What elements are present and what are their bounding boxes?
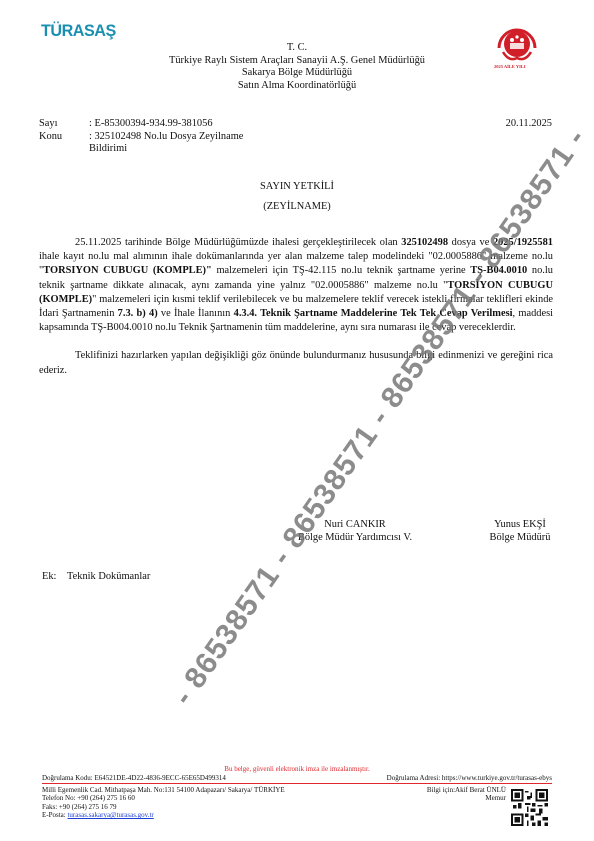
signatory-name: Yunus EKŞİ xyxy=(470,518,570,531)
attachment-value: Teknik Dokümanlar xyxy=(67,571,150,582)
signatory-name: Nuri CANKIR xyxy=(280,518,430,531)
info-contact: Bilgi için:Akif Berat ÜNLÜ Memur xyxy=(400,786,506,803)
sayi-label: Sayı xyxy=(39,118,89,131)
salutation: SAYIN YETKİLİ (ZEYİLNAME) xyxy=(0,177,594,217)
signatory-title: Bölge Müdürü xyxy=(470,531,570,544)
signatory-title: Bölge Müdür Yardımcısı V. xyxy=(280,531,430,544)
verification-bar: Doğrulama Kodu: E64521DE-4D22-4836-9ECC-… xyxy=(42,774,552,784)
signature-block: Nuri CANKIR Bölge Müdür Yardımcısı V. xyxy=(280,518,430,544)
fax: Faks: +90 (264) 275 16 79 xyxy=(42,803,285,811)
letterhead-line: Türkiye Raylı Sistem Araçları Sanayii A.… xyxy=(0,55,594,68)
body-paragraph: 25.11.2025 tarihinde Bölge Müdürlüğümüzd… xyxy=(39,236,553,335)
letterhead-line: Sakarya Bölge Müdürlüğü xyxy=(0,67,594,80)
attachment-line: Ek: Teknik Dokümanlar xyxy=(42,571,150,582)
contact-info: Milli Egemenlik Cad. Mithatpaşa Mah. No:… xyxy=(42,786,285,820)
address: Milli Egemenlik Cad. Mithatpaşa Mah. No:… xyxy=(42,786,285,794)
esign-notice: Bu belge, güvenli elektronik imza ile im… xyxy=(0,765,594,773)
letter-body: 25.11.2025 tarihinde Bölge Müdürlüğümüzd… xyxy=(39,236,553,378)
sayi-value: : E-85300394-934.99-381056 xyxy=(89,118,329,131)
document-meta: Sayı : E-85300394-934.99-381056 Konu : 3… xyxy=(39,118,329,156)
verification-address: Doğrulama Adresi: https://www.turkiye.go… xyxy=(387,774,552,782)
salutation-line: SAYIN YETKİLİ xyxy=(0,177,594,197)
info-contact-name: Bilgi için:Akif Berat ÜNLÜ xyxy=(400,786,506,794)
salutation-subtitle: (ZEYİLNAME) xyxy=(0,197,594,217)
turasas-logo: TÜRASAŞ xyxy=(41,21,116,41)
letterhead: T. C. Türkiye Raylı Sistem Araçları Sana… xyxy=(0,42,594,92)
qr-code-icon xyxy=(511,789,548,826)
email-link[interactable]: turasas.sakarya@turasas.gov.tr xyxy=(67,811,153,819)
konu-label: Konu xyxy=(39,131,89,156)
info-contact-title: Memur xyxy=(400,794,506,802)
document-date: 20.11.2025 xyxy=(506,118,552,129)
phone: Telefon No: +90 (264) 275 16 60 xyxy=(42,794,285,802)
signature-block: Yunus EKŞİ Bölge Müdürü xyxy=(470,518,570,544)
konu-value: : 325102498 No.lu Dosya Zeyilname Bildir… xyxy=(89,131,264,156)
body-paragraph: Teklifinizi hazırlarken yapılan değişikl… xyxy=(39,349,553,377)
letterhead-line: T. C. xyxy=(0,42,594,55)
document-page: TÜRASAŞ 2025 AİLE YILI T. C. Türkiye Ray… xyxy=(0,0,594,841)
email-row: E-Posta: turasas.sakarya@turasas.gov.tr xyxy=(42,811,285,819)
attachment-label: Ek: xyxy=(42,571,56,582)
letterhead-line: Satın Alma Koordinatörlüğü xyxy=(0,80,594,93)
verification-code: Doğrulama Kodu: E64521DE-4D22-4836-9ECC-… xyxy=(42,774,226,782)
